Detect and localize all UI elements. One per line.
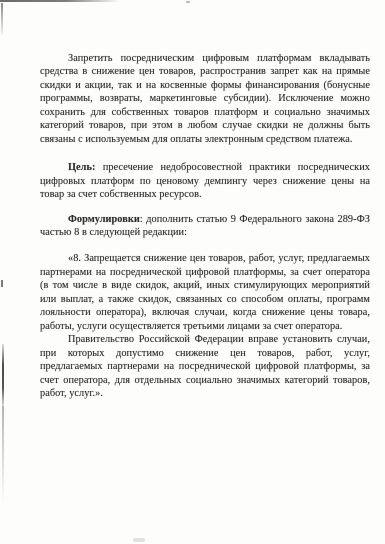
scan-artifact-left-faint-streak <box>2 406 4 502</box>
paragraph-quoted-clause-8: «8. Запрещается снижение цен товаров, ра… <box>40 252 370 333</box>
scan-artifact-left-top-streak <box>1 3 3 35</box>
document-text-block: Запретить посредническим цифровым платфо… <box>40 52 370 400</box>
paragraph-text: «8. Запрещается снижение цен товаров, ра… <box>40 253 370 331</box>
paragraph-lead-goal: Цель: <box>68 162 95 173</box>
paragraph-government-exception: Правительство Российской Федерации вправ… <box>40 333 370 400</box>
paragraph-lead-wording: Формулировки <box>68 214 140 225</box>
scan-artifact-left-streak <box>2 344 4 406</box>
paragraph-goal: Цель: пресечение недобросовестной практи… <box>40 161 370 201</box>
paragraph-text: Запретить посредническим цифровым платфо… <box>40 53 370 145</box>
scan-artifact-top-speck <box>186 1 190 3</box>
scan-artifact-top-line <box>0 0 120 2</box>
scan-artifact-left-tick <box>1 280 3 287</box>
paragraph-text: Правительство Российской Федерации вправ… <box>40 334 370 399</box>
scan-artifact-bottom-smudge <box>133 538 145 542</box>
paragraph-ban-proposal: Запретить посредническим цифровым платфо… <box>40 52 370 146</box>
paragraph-wording: Формулировки: дополнить статью 9 Федерал… <box>40 213 370 240</box>
scanned-document-page: Запретить посредническим цифровым платфо… <box>0 0 385 544</box>
